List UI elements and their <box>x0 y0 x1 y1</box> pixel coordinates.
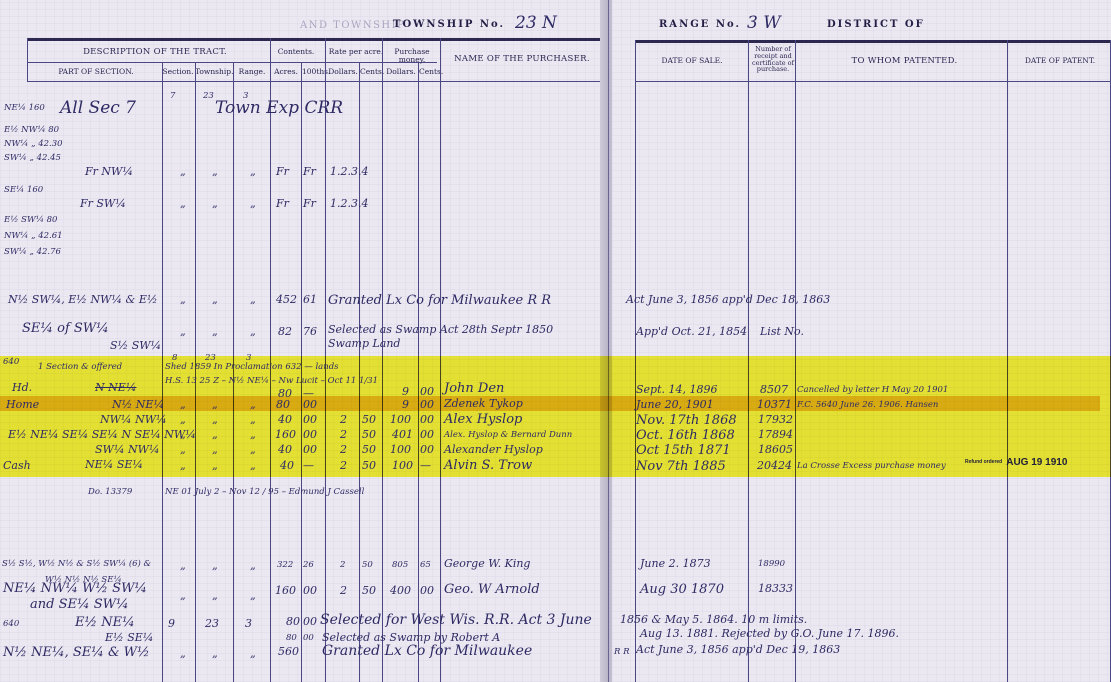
ledger-cell: „ <box>212 460 218 471</box>
ledger-cell: Granted Lx Co for Milwaukee R R <box>328 294 551 307</box>
ledger-cell: Do. 13379 <box>88 488 132 497</box>
contents-header: Contents. <box>270 48 322 56</box>
col-acres: Acres. <box>272 68 300 76</box>
ledger-cell: F.C. 5640 June 26. 1906. Hansen <box>797 401 938 410</box>
ledger-cell: „ <box>180 294 186 305</box>
margin-note: E½ NW¼ 80 <box>4 126 59 135</box>
ledger-cell: Act June 3, 1856 app'd Dec 19, 1863 <box>636 644 840 655</box>
ledger-cell: John Den <box>444 382 504 395</box>
ledger-cell: 80 <box>286 634 297 643</box>
ledger-cell: 40 <box>278 444 292 455</box>
ledger-cell: „ <box>250 399 256 410</box>
ledger-cell: 100 <box>390 414 411 425</box>
ledger-cell: 65 <box>420 561 431 570</box>
ledger-cell: Aug 13. 1881. Rejected by G.O. June 17. … <box>640 628 899 639</box>
ledger-cell: 100 <box>390 444 411 455</box>
ledger-cell: „ <box>212 166 218 177</box>
ledger-cell: Fr <box>303 166 316 177</box>
ledger-cell: 640 <box>3 358 19 367</box>
ledger-cell: „ <box>212 648 218 659</box>
ledger-cell: „ <box>212 294 218 305</box>
ledger-cell: La Crosse Excess purchase money <box>797 462 946 471</box>
ledger-cell: 400 <box>390 585 411 596</box>
ledger-cell: „ <box>180 444 186 455</box>
ledger-cell: — <box>420 460 431 471</box>
ledger-cell: Fr <box>276 198 289 209</box>
ledger-cell: 50 <box>362 585 376 596</box>
ledger-cell: 2 <box>340 414 347 425</box>
ledger-cell: 82 <box>278 326 292 337</box>
ledger-cell: NE¼ NW¼ W½ SW¼ <box>3 582 147 595</box>
ledger-cell: Cash <box>3 460 31 471</box>
ledger-cell: 9 <box>402 386 409 397</box>
ledger-cell: 26 <box>303 561 314 570</box>
purchase-money-header: Purchase money. <box>384 48 440 64</box>
ledger-cell: Hd. <box>12 382 32 393</box>
margin-note: E½ SW¼ 80 <box>4 216 57 225</box>
right-page: RANGE No. 3 W DISTRICT OF DATE OF SALE. … <box>612 0 1111 682</box>
ledger-cell: „ <box>250 294 256 305</box>
ledger-cell: 10371 <box>757 399 792 410</box>
ledger-cell: 00 <box>303 585 317 596</box>
ledger-cell: N½ NE¼, SE¼ & W½ <box>3 646 150 659</box>
ledger-cell: 452 <box>276 294 297 305</box>
ledger-cell: 3 <box>245 618 252 629</box>
faded-header: AND TOWNSHIP <box>300 20 405 31</box>
ledger-cell: Cancelled by letter H May 20 1901 <box>797 386 948 395</box>
margin-note: NW¼ „ 42.61 <box>4 232 63 241</box>
col-rate-cents: Cents. <box>360 68 382 76</box>
col-part-of-section: PART OF SECTION. <box>30 68 162 76</box>
ruled-line <box>635 81 1111 82</box>
ledger-cell: H.S. 13 25 Z – N½ NE¼ – Nw Lucit – Oct 1… <box>165 377 378 386</box>
ledger-cell: 00 <box>420 414 434 425</box>
ledger-cell: NE¼ SE¼ <box>85 459 143 470</box>
ledger-cell: „ <box>250 414 256 425</box>
ledger-cell: All Sec 7 <box>60 100 136 117</box>
ledger-cell: Selected as Swamp Act 28th Septr 1850 <box>328 324 553 335</box>
ledger-cell: Selected for West Wis. R.R. Act 3 June <box>320 613 592 627</box>
ledger-cell: „ <box>212 590 218 601</box>
ledger-cell: N NE¼ <box>95 382 136 393</box>
header-rule-right <box>635 40 1111 43</box>
ledger-cell: 00 <box>420 585 434 596</box>
ledger-cell: Alvin S. Trow <box>444 459 532 472</box>
margin-note: SE¼ 160 <box>4 186 43 195</box>
ledger-cell: June 20, 1901 <box>636 399 714 410</box>
ledger-cell: „ <box>180 399 186 410</box>
ledger-cell: „ <box>212 560 218 571</box>
ledger-cell: „ <box>180 326 186 337</box>
ledger-cell: Act June 3, 1856 app'd Dec 18, 1863 <box>626 294 830 305</box>
ledger-cell: 00 <box>303 616 317 627</box>
ledger-cell: 23 <box>205 618 219 629</box>
ledger-cell: 100 <box>392 460 413 471</box>
ledger-cell: SE¼ of SW¼ <box>22 322 109 335</box>
ledger-cell: E½ NE¼ SE¼ SE¼ N SE¼ NW¼ <box>8 429 196 440</box>
ledger-cell: Granted Lx Co for Milwaukee <box>322 644 532 658</box>
ledger-cell: „ <box>250 444 256 455</box>
ledger-cell: S½ S½, W½ N½ & S½ SW¼ (6) & <box>2 560 151 569</box>
margin-note: SW¼ „ 42.45 <box>4 154 61 163</box>
ledger-cell: 40 <box>280 460 294 471</box>
col-section: Section. <box>162 68 194 76</box>
ledger-cell: 18605 <box>758 444 793 455</box>
ledger-cell: 2 <box>340 444 347 455</box>
ledger-cell: Home <box>6 399 39 410</box>
rate-header: Rate per acre. <box>328 48 384 56</box>
margin-note: NW¼ „ 42.30 <box>4 140 63 149</box>
refund-stamp: Refund orderedAUG 19 1910 <box>965 457 1067 468</box>
ledger-cell: Alex Hyslop <box>444 413 522 426</box>
ledger-cell: 401 <box>392 429 413 440</box>
ledger-cell: Fr <box>276 166 289 177</box>
ledger-cell: NW¼ NW¼ <box>100 414 167 425</box>
ledger-cell: Alex. Hyslop & Bernard Dunn <box>444 431 572 440</box>
col-township: Township. <box>195 68 233 76</box>
ledger-cell: SW¼ NW¼ <box>95 444 160 455</box>
ledger-cell: „ <box>180 429 186 440</box>
ledger-cell: 160 <box>275 429 296 440</box>
ledger-cell: „ <box>180 590 186 601</box>
ledger-cell: N½ NE¼ <box>112 399 164 410</box>
ledger-cell: „ <box>250 560 256 571</box>
ruled-line <box>27 38 28 82</box>
ledger-cell: „ <box>180 460 186 471</box>
ledger-cell: Refund ordered <box>965 459 1002 465</box>
township-value: 23 N <box>515 15 557 32</box>
ledger-cell: Shed 1859 In Proclamation 632 — lands <box>165 363 339 372</box>
ledger-cell: 50 <box>362 444 376 455</box>
ledger-cell: 40 <box>278 414 292 425</box>
ledger-cell: Selected as Swamp by Robert A <box>322 632 500 643</box>
ledger-cell: „ <box>180 648 186 659</box>
ledger-cell: Nov. 17th 1868 <box>636 414 737 427</box>
header-rule <box>27 38 605 41</box>
ledger-cell: 1.2.3.4 <box>330 166 368 177</box>
ledger-cell: Oct. 16th 1868 <box>636 429 735 442</box>
ledger-cell: 20424 <box>757 460 792 471</box>
ledger-cell: Zdenek Tykop <box>444 398 523 409</box>
ledger-cell: S½ SW¼ <box>110 340 161 351</box>
ledger-cell: 00 <box>303 429 317 440</box>
ledger-cell: AUG 19 1910 <box>1006 457 1067 468</box>
col-date-of-patent: DATE OF PATENT. <box>1010 57 1110 65</box>
ledger-cell: Alexander Hyslop <box>444 444 543 455</box>
col-receipt-number: Number of receipt and certificate of pur… <box>749 46 797 73</box>
ledger-cell: „ <box>212 399 218 410</box>
ledger-cell: R R <box>614 648 630 657</box>
ledger-cell: List No. <box>760 326 804 337</box>
ledger-cell: N½ SW¼, E½ NW¼ & E½ <box>8 294 158 305</box>
ledger-cell: Oct 15th 1871 <box>636 444 731 457</box>
ledger-cell: 2 <box>340 561 345 570</box>
ledger-cell: 50 <box>362 561 373 570</box>
ledger-cell: 61 <box>303 294 317 305</box>
ledger-cell: June 2. 1873 <box>640 558 711 569</box>
ledger-cell: 8507 <box>760 384 788 395</box>
ledger-cell: 9 <box>402 399 409 410</box>
col-range: Range. <box>234 68 270 76</box>
ledger-cell: „ <box>250 648 256 659</box>
header-subrule <box>27 62 437 63</box>
margin-note: SW¼ „ 42.76 <box>4 248 61 257</box>
ledger-cell: 640 <box>3 620 19 629</box>
margin-note: NE¼ 160 <box>4 104 45 113</box>
ledger-cell: Fr SW¼ <box>80 198 126 209</box>
ledger-cell: „ <box>250 460 256 471</box>
ledger-cell: 76 <box>303 326 317 337</box>
ledger-cell: „ <box>250 198 256 209</box>
ledger-cell: 00 <box>303 399 317 410</box>
ledger-cell: 00 <box>420 429 434 440</box>
ledger-cell: 805 <box>392 561 408 570</box>
ledger-cell: 50 <box>362 414 376 425</box>
ledger-cell: and SE¼ SW¼ <box>30 598 129 611</box>
ledger-cell: 23 <box>203 92 214 101</box>
ledger-cell: 1856 & May 5. 1864. 10 m limits. <box>620 614 807 625</box>
col-to-whom-patented: TO WHOM PATENTED. <box>802 57 1007 66</box>
ledger-cell: Nov 7th 1885 <box>636 460 726 473</box>
header-bottom-rule <box>27 81 605 82</box>
ledger-cell: E½ SE¼ <box>105 632 153 643</box>
ledger-cell: „ <box>180 560 186 571</box>
district-label: DISTRICT OF <box>827 19 925 30</box>
ledger-cell: 1.2.3.4 <box>330 198 368 209</box>
ledger-cell: App'd Oct. 21, 1854 <box>636 326 747 337</box>
township-label: TOWNSHIP No. <box>393 19 505 30</box>
ledger-cell: „ <box>250 429 256 440</box>
ledger-cell: 00 <box>303 414 317 425</box>
ledger-cell: 2 <box>340 429 347 440</box>
col-hundredths: 100ths. <box>302 68 324 76</box>
ledger-cell: Sept. 14, 1896 <box>636 384 718 395</box>
ledger-cell: „ <box>250 590 256 601</box>
ledger-cell: 18990 <box>758 560 785 569</box>
ledger-cell: „ <box>180 198 186 209</box>
ledger-cell: Fr <box>303 198 316 209</box>
ledger-cell: „ <box>212 198 218 209</box>
ledger-cell: 2 <box>340 585 347 596</box>
range-label: RANGE No. <box>659 19 741 30</box>
ledger-cell: 17932 <box>758 414 793 425</box>
ledger-cell: „ <box>180 414 186 425</box>
ledger-cell: 50 <box>362 460 376 471</box>
ledger-cell: 80 <box>286 616 300 627</box>
ledger-cell: 00 <box>303 444 317 455</box>
ledger-cell: 560 <box>278 646 299 657</box>
ledger-cell: „ <box>250 326 256 337</box>
ledger-cell: 00 <box>420 444 434 455</box>
range-value: 3 W <box>747 15 781 32</box>
ledger-cell: Town Exp CRR <box>215 100 343 117</box>
ledger-cell: 160 <box>275 585 296 596</box>
col-pm-cents: Cents. <box>419 68 441 76</box>
col-rate-dollars: Dollars. <box>327 68 359 76</box>
ledger-cell: Swamp Land <box>328 338 400 349</box>
ledger-cell: 1 Section & offered <box>38 363 122 372</box>
ledger-cell: NE 01 July 2 – Nov 12 / 95 – Edmund J Ca… <box>165 488 364 497</box>
ledger-cell: 322 <box>277 561 293 570</box>
col-pm-dollars: Dollars. <box>384 68 418 76</box>
ledger-cell: „ <box>180 166 186 177</box>
ledger-cell: 00 <box>420 386 434 397</box>
ledger-cell: Fr NW¼ <box>85 166 133 177</box>
ledger-cell: „ <box>212 414 218 425</box>
ledger-cell: „ <box>212 326 218 337</box>
col-purchaser: NAME OF THE PURCHASER. <box>442 55 602 64</box>
ledger-cell: „ <box>212 444 218 455</box>
ledger-cell: E½ NE¼ <box>75 616 135 629</box>
ledger-cell: „ <box>212 429 218 440</box>
ledger-cell: — <box>303 460 314 471</box>
ledger-cell: 7 <box>170 92 175 101</box>
ledger-cell: 18333 <box>758 583 793 594</box>
description-header: DESCRIPTION OF THE TRACT. <box>60 48 250 57</box>
ledger-cell: „ <box>250 166 256 177</box>
ledger-cell: 00 <box>420 399 434 410</box>
ledger-cell: Aug 30 1870 <box>640 583 724 596</box>
ledger-cell: Geo. W Arnold <box>444 583 540 596</box>
col-date-of-sale: DATE OF SALE. <box>637 57 747 65</box>
ledger-cell: 00 <box>303 634 314 643</box>
ledger-cell: 9 <box>168 618 175 629</box>
ledger-cell: 50 <box>362 429 376 440</box>
ledger-cell: George W. King <box>444 558 530 569</box>
ledger-cell: 80 <box>276 399 290 410</box>
ledger-cell: 17894 <box>758 429 793 440</box>
ledger-cell: 2 <box>340 460 347 471</box>
